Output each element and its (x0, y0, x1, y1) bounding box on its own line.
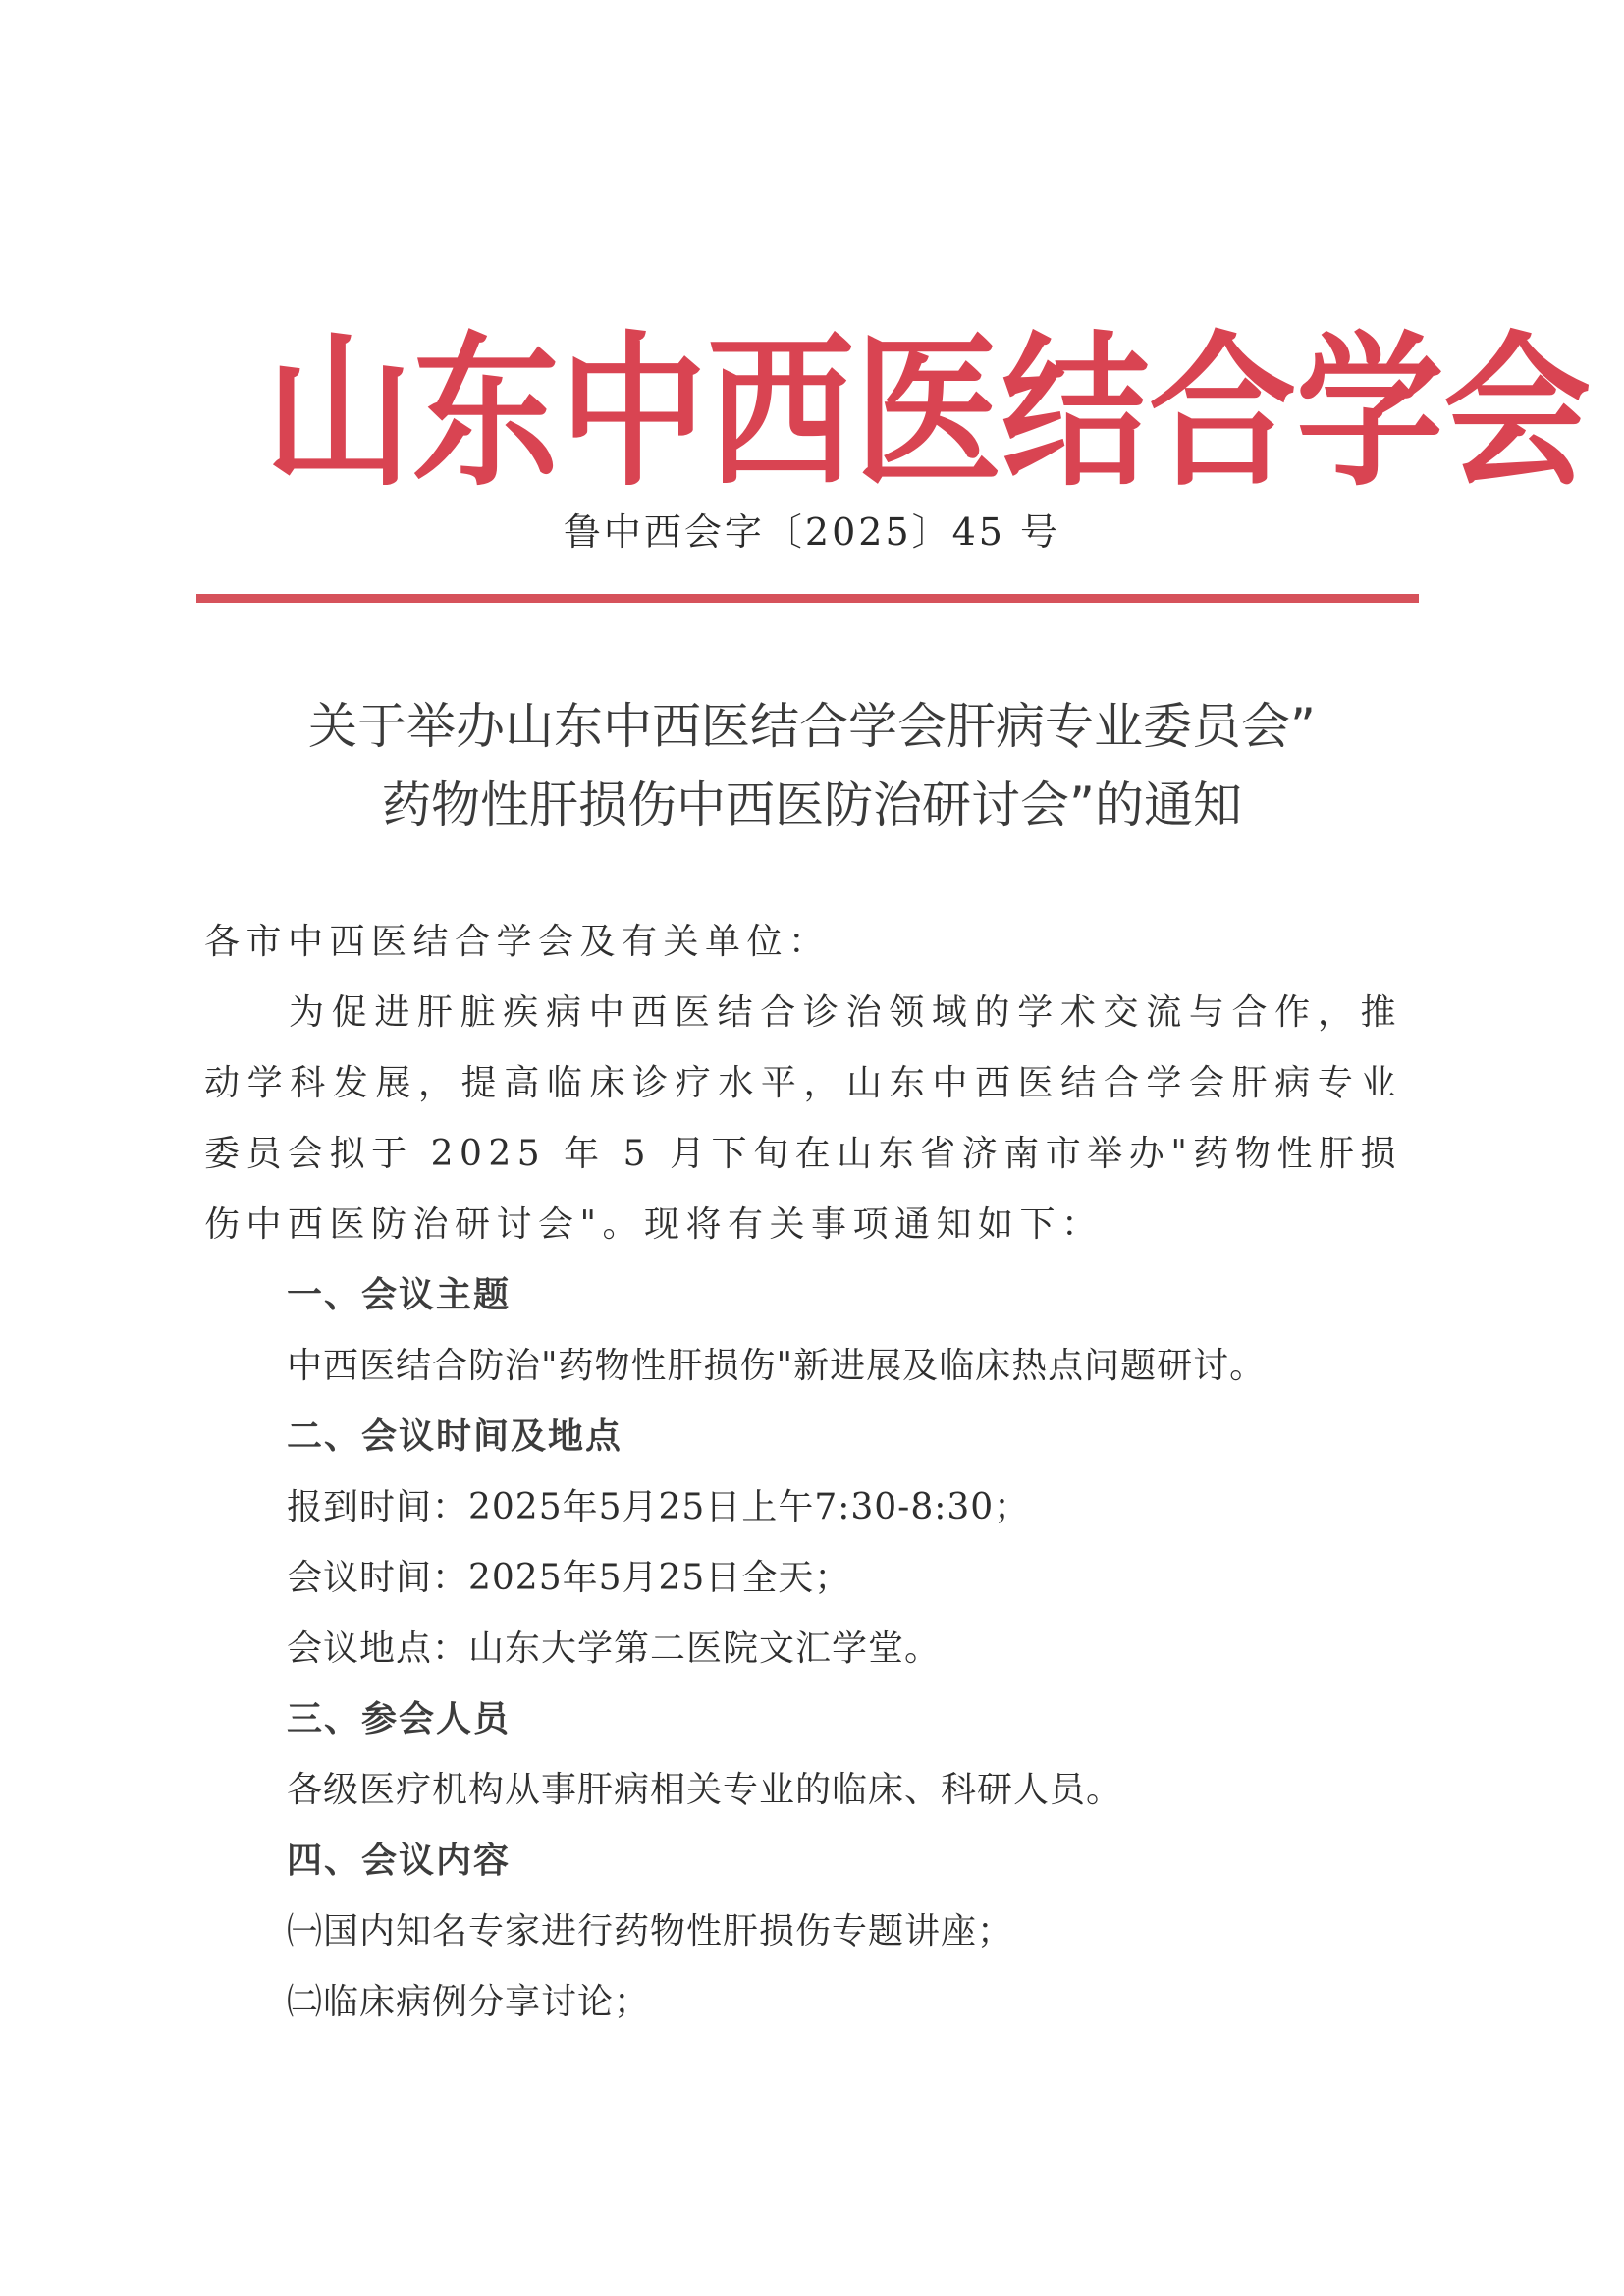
masthead-char: 结 (1001, 313, 1149, 511)
masthead-char: 学 (1296, 313, 1443, 511)
document-page: 山 东 中 西 医 结 合 学 会 鲁中西会字〔2025〕45 号 关于举办山东… (0, 0, 1624, 2296)
masthead-char: 中 (560, 313, 707, 511)
masthead-char: 东 (412, 313, 560, 511)
section-heading-theme: 一、会议主题 (204, 1260, 1402, 1331)
document-body: 各市中西医结合学会及有关单位： 为促进肝脏疾病中西医结合诊治领域的学术交流与合作… (204, 907, 1402, 2038)
section-text: 各级医疗机构从事肝病相关专业的临床、科研人员。 (204, 1755, 1402, 1826)
section-heading-content: 四、会议内容 (204, 1826, 1402, 1896)
document-number: 鲁中西会字〔2025〕45 号 (0, 503, 1624, 561)
red-divider-line (196, 594, 1419, 603)
masthead-char: 西 (707, 313, 854, 511)
meeting-time: 会议时间：2025年5月25日全天； (204, 1543, 1402, 1614)
content-item: ㈠国内知名专家进行药物性肝损伤专题讲座； (204, 1896, 1402, 1967)
organization-masthead: 山 东 中 西 医 结 合 学 会 (265, 313, 1355, 511)
document-title: 关于举办山东中西医结合学会肝病专业委员会” 药物性肝损伤中西医防治研讨会”的通知 (0, 687, 1624, 844)
salutation: 各市中西医结合学会及有关单位： (204, 907, 1402, 978)
masthead-char: 医 (854, 313, 1001, 511)
masthead-char: 会 (1443, 313, 1591, 511)
section-text: 中西医结合防治"药物性肝损伤"新进展及临床热点问题研讨。 (204, 1331, 1402, 1402)
section-heading-attendees: 三、参会人员 (204, 1684, 1402, 1755)
title-line-1: 关于举办山东中西医结合学会肝病专业委员会” (0, 687, 1624, 766)
meeting-location: 会议地点：山东大学第二医院文汇学堂。 (204, 1614, 1402, 1684)
masthead-char: 合 (1149, 313, 1296, 511)
registration-time: 报到时间：2025年5月25日上午7:30-8:30； (204, 1472, 1402, 1543)
title-line-2: 药物性肝损伤中西医防治研讨会”的通知 (0, 766, 1624, 844)
section-heading-time-place: 二、会议时间及地点 (204, 1402, 1402, 1472)
intro-paragraph: 为促进肝脏疾病中西医结合诊治领域的学术交流与合作，推动学科发展，提高临床诊疗水平… (204, 978, 1402, 1260)
content-item: ㈡临床病例分享讨论； (204, 1967, 1402, 2038)
masthead-char: 山 (265, 313, 412, 511)
